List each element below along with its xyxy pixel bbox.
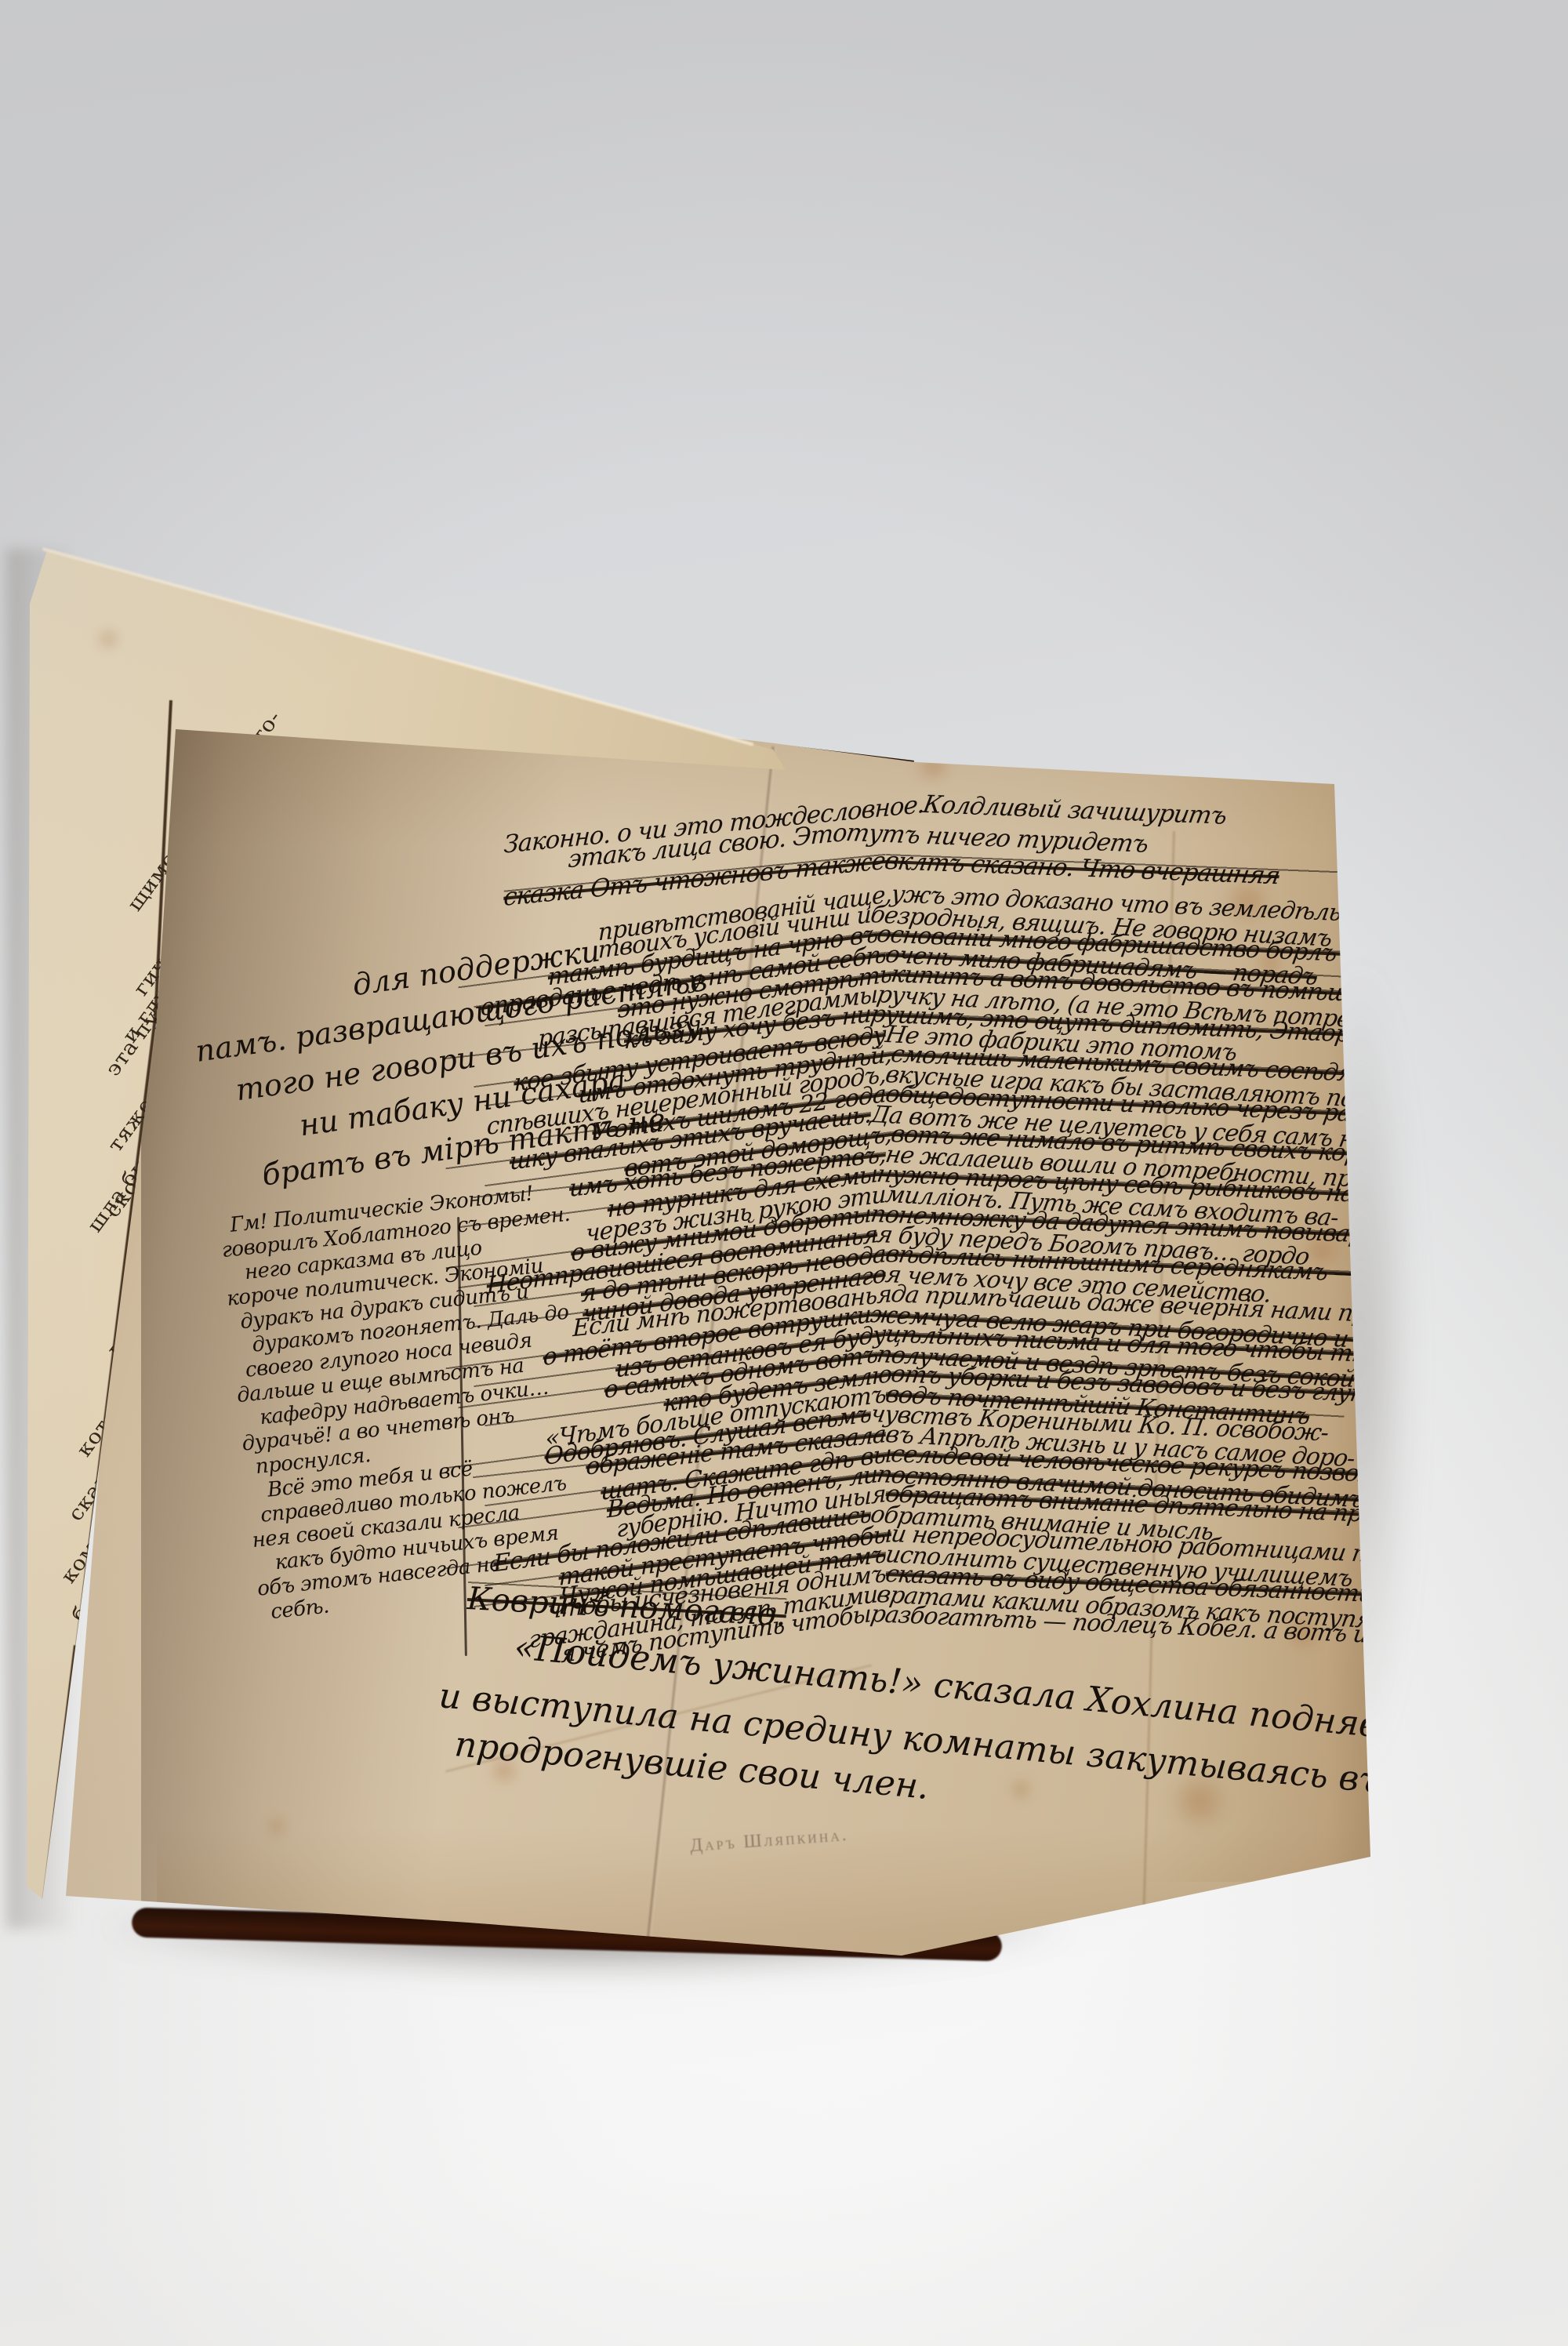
foxing-stain bbox=[909, 753, 956, 779]
photograph-of-open-book: Законно. о чи это тождесловное. Колдливы… bbox=[0, 0, 1568, 2346]
foxing-stain bbox=[265, 1816, 289, 1836]
manuscript-closing-paragraph: Ковричъ помогало. «Пойдемъ ужинать!» ска… bbox=[439, 1574, 1364, 1769]
foxing-stain bbox=[94, 627, 122, 651]
manuscript-margin-notes: Гм! Политическіе Экономы! говорилъ Хобла… bbox=[229, 1189, 506, 1625]
manuscript-header-lines: Законно. о чи это тождесловное. Колдливы… bbox=[502, 790, 1325, 875]
handwriting-line: привѣтствованій чаще, ужъ это доказано ч… bbox=[481, 884, 1345, 905]
handwriting-segment: Ковричъ помогало. bbox=[466, 1574, 787, 1640]
handwriting-line: Законно. о чи это тождесловное. Колдливы… bbox=[502, 790, 1325, 819]
